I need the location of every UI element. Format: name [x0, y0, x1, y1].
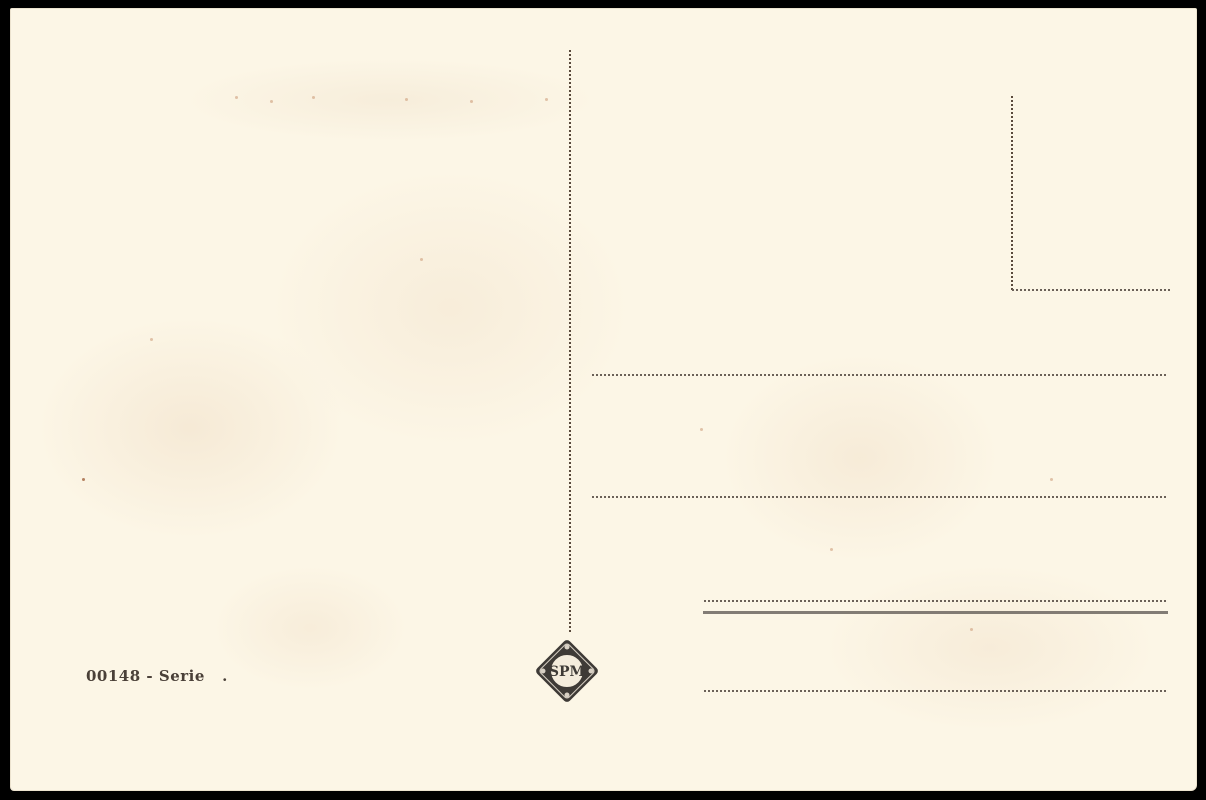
- foxing-speck: [830, 548, 833, 551]
- address-solid-rule: [703, 611, 1168, 614]
- foxing-speck: [150, 338, 153, 341]
- address-line-3: [704, 600, 1166, 602]
- stamp-box-bottom-edge: [1012, 289, 1170, 291]
- series-label: 00148 - Serie .: [86, 667, 228, 685]
- foxing-speck: [235, 96, 238, 99]
- foxing-speck: [270, 100, 273, 103]
- stamp-box-left-edge: [1011, 96, 1013, 290]
- series-trailing-mark: .: [222, 667, 228, 685]
- logo-monogram: SPM: [549, 664, 585, 680]
- foxing-speck: [970, 628, 973, 631]
- series-text: 00148 - Serie: [86, 667, 205, 685]
- foxing-speck: [700, 428, 703, 431]
- address-line-1: [592, 374, 1166, 376]
- foxing-speck: [1050, 478, 1053, 481]
- foxing-speck: [405, 98, 408, 101]
- foxing-speck: [470, 100, 473, 103]
- center-divider: [569, 50, 571, 632]
- foxing-speck: [420, 258, 423, 261]
- address-line-4: [704, 690, 1166, 692]
- postcard-back: 00148 - Serie . SPM: [10, 8, 1197, 791]
- foxing-speck: [312, 96, 315, 99]
- publisher-logo-icon: SPM: [531, 635, 603, 707]
- address-line-2: [592, 496, 1166, 498]
- foxing-speck: [82, 478, 85, 481]
- foxing-speck: [545, 98, 548, 101]
